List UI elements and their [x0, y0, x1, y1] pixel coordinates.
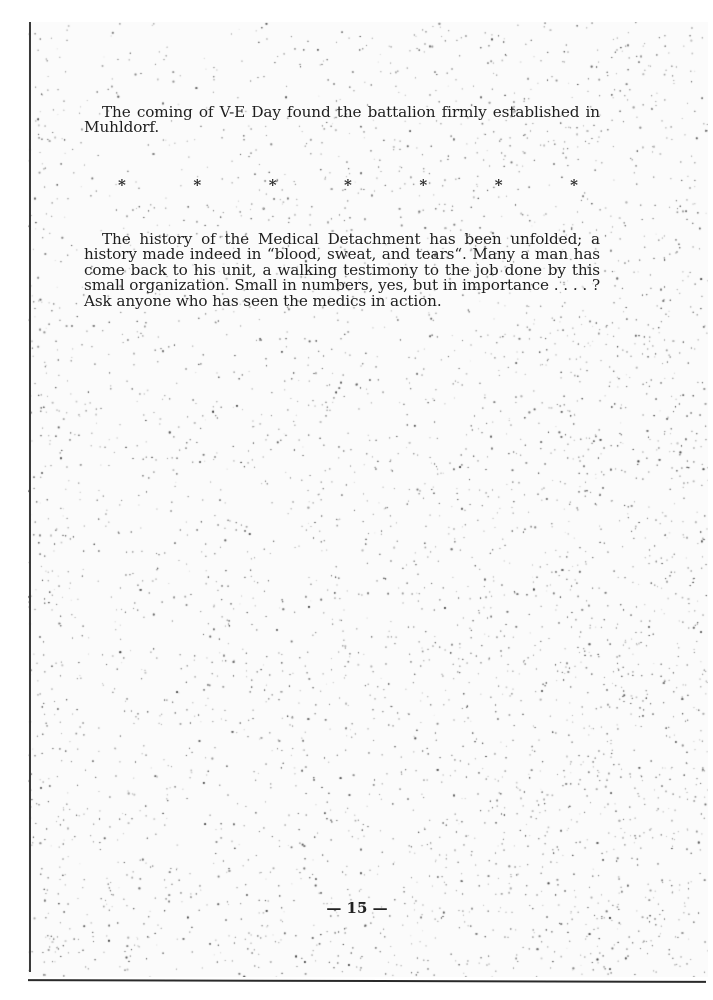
page-bottom-edge-line [28, 979, 706, 983]
page-number: — 15 — [312, 899, 402, 917]
asterisk-icon: * [419, 176, 427, 194]
paragraph-text: The coming of V-E Day found the battalio… [84, 103, 600, 136]
paragraph-medical-detachment: The history of the Medical Detachment ha… [84, 232, 600, 309]
asterisk-icon: * [193, 176, 201, 194]
asterisk-icon: * [570, 176, 578, 194]
section-separator-asterisks: ******* [118, 176, 578, 194]
paragraph-text: The history of the Medical Detachment ha… [84, 230, 600, 310]
asterisk-icon: * [344, 176, 352, 194]
asterisk-icon: * [495, 176, 503, 194]
scan-noise-texture [28, 22, 708, 977]
asterisk-icon: * [269, 176, 277, 194]
asterisk-icon: * [118, 176, 126, 194]
page-left-edge-line [29, 22, 31, 972]
paragraph-ve-day: The coming of V-E Day found the battalio… [84, 105, 600, 136]
scanned-page [28, 22, 708, 977]
